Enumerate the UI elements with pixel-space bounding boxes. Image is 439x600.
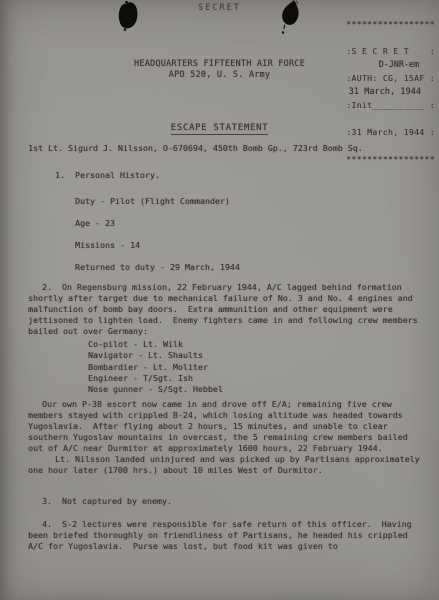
crew-item: Co-pilot - Lt. Wilk (88, 339, 223, 350)
paragraph-3: 3. Not captured by enemy. (28, 496, 426, 507)
personal-history-item: Missions - 14 (75, 234, 240, 256)
ink-blot-mark-right (276, 0, 303, 38)
personal-history-item: Duty - Pilot (Flight Commander) (75, 190, 240, 212)
stamp-line: :Init__________ : (346, 101, 435, 110)
personal-history-item: Returned to duty - 29 March, 1944 (75, 256, 240, 278)
document-title: ESCAPE STATEMENT (171, 123, 269, 135)
paragraph-escort: Our own P-38 escort now came in and drov… (28, 399, 426, 454)
crew-item: Engineer - T/Sgt. Ish (88, 373, 223, 384)
personal-history-list: Duty - Pilot (Flight Commander) Age - 23… (75, 190, 240, 278)
stamp-line: :S E C R E T : (346, 47, 435, 56)
paragraph-4: 4. S-2 lectures were responsible for saf… (28, 519, 426, 552)
ink-blot-mark-left (116, 1, 140, 32)
apo-line: APO 520, U. S. Army (0, 69, 439, 80)
headquarters-line: HEADQUARTERS FIFTEENTH AIR FORCE (0, 58, 439, 69)
stamp-line: ***************** (346, 20, 435, 29)
headquarters-block: HEADQUARTERS FIFTEENTH AIR FORCE APO 520… (0, 58, 439, 79)
document-page: SECRET ***************** :S E C R E T : … (0, 0, 439, 600)
crew-item: Navigator - Lt. Shaults (88, 350, 223, 361)
crew-list: Co-pilot - Lt. Wilk Navigator - Lt. Shau… (88, 339, 223, 395)
personal-history-item: Age - 23 (75, 212, 240, 234)
paragraph-2: 2. On Regensburg mission, 22 February 19… (28, 282, 426, 337)
crew-item: Nose gunner - S/Sgt. Hebbel (88, 384, 223, 395)
document-date: 31 March, 1944 (349, 87, 421, 97)
paragraph-landed: Lt. Nilsson landed uninjured and was pic… (28, 454, 426, 476)
section-1-heading: 1. Personal History. (55, 170, 160, 180)
stamp-line: ***************** (346, 155, 435, 164)
subject-line: 1st Lt. Sigurd J. Nilsson, O-670694, 450… (28, 143, 363, 153)
crew-item: Bombardier - Lt. Moliter (88, 362, 223, 373)
reference-code: D-JNR-em (379, 59, 419, 69)
